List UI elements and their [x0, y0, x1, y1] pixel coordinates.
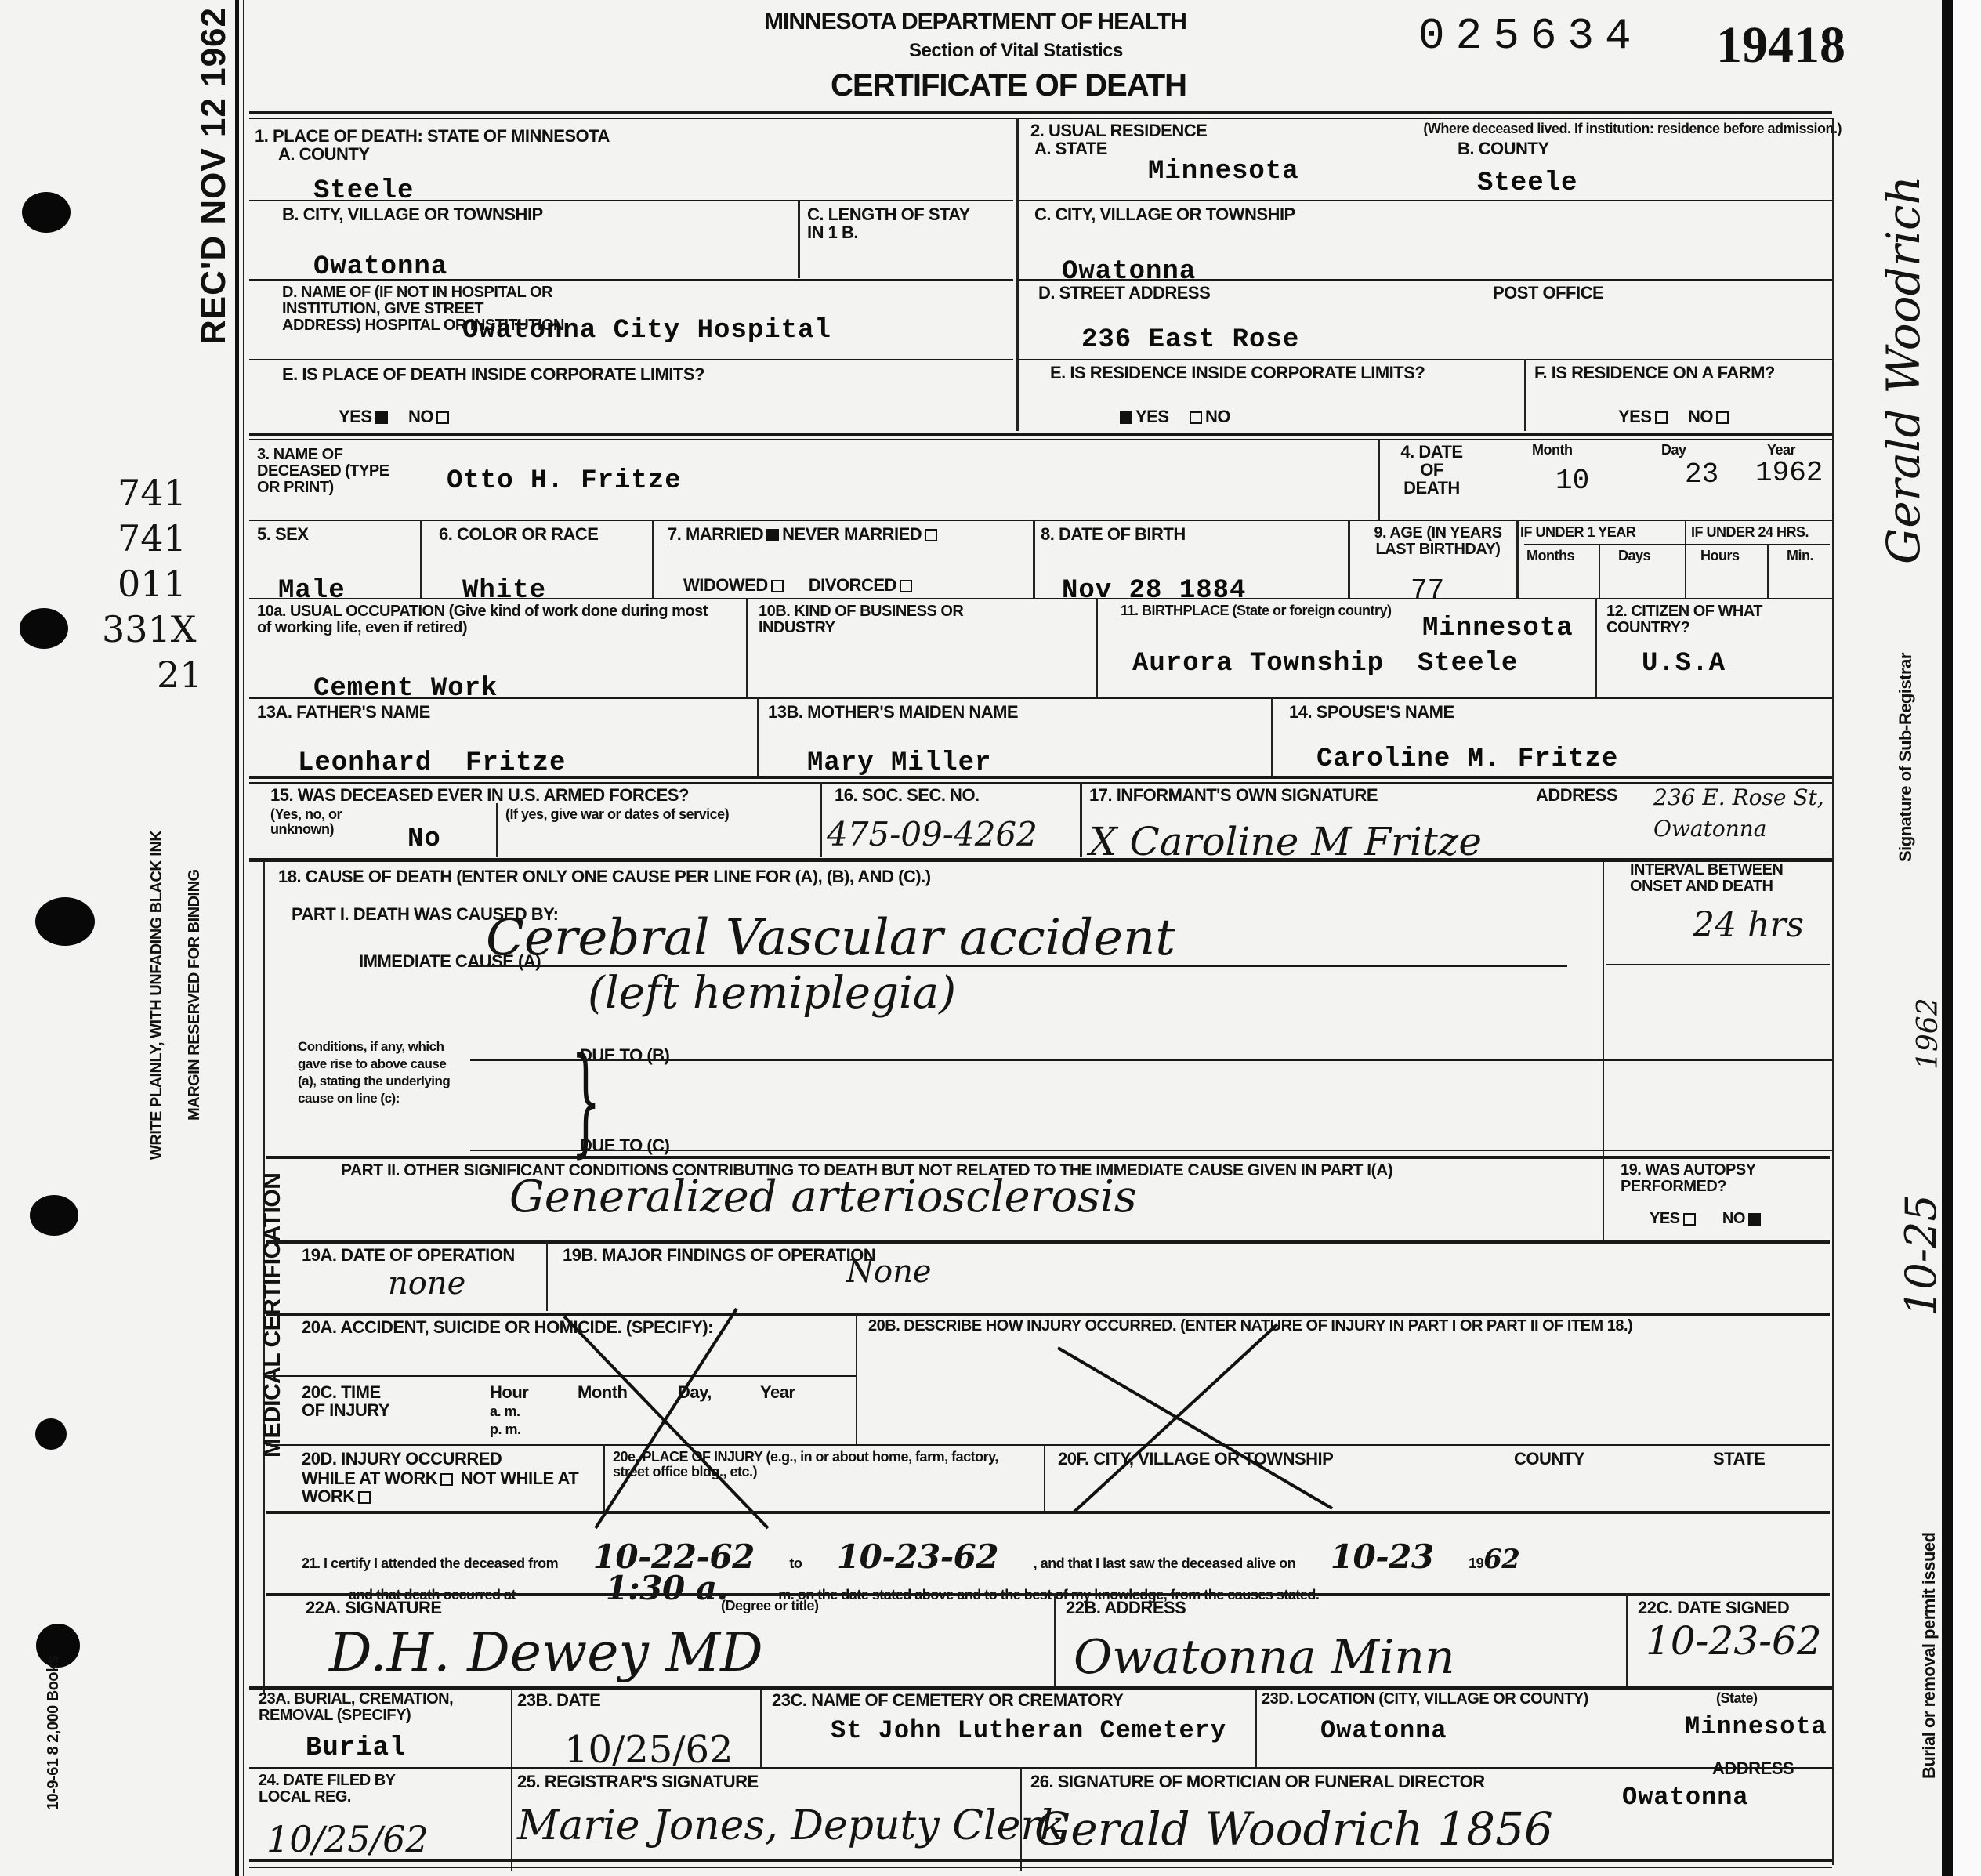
residence-corporate-label: e. IS RESIDENCE INSIDE CORPORATE LIMITS?: [1050, 364, 1425, 382]
last-seen-prefix: , and that I last saw the deceased alive…: [1034, 1555, 1296, 1571]
punch-hole: [30, 1195, 78, 1236]
disposition-label: 23a. BURIAL, CREMATION, REMOVAL (Specify…: [259, 1691, 509, 1724]
year-prefix: 19: [1469, 1555, 1483, 1571]
informant-address: 236 E. Rose St, Owatonna: [1653, 782, 1889, 845]
operation-date-label: 19a. DATE OF OPERATION: [302, 1246, 537, 1264]
conditions-note: Conditions, if any, which gave rise to a…: [298, 1038, 466, 1107]
blank-line: [1606, 964, 1830, 965]
filed-label: 24. DATE FILED BY LOCAL REG.: [259, 1773, 447, 1805]
birth-date-value: Nov 28 1884: [1062, 576, 1246, 606]
residence-state-value: Minnesota: [1148, 157, 1299, 187]
permit-date: 10-25: [1896, 1194, 1946, 1316]
row-rule: [249, 439, 1832, 440]
mortician-value: Gerald Woodrich 1856: [1034, 1802, 1553, 1856]
column-divider: [511, 1690, 512, 1871]
residence-note: (Where deceased lived. If institution: r…: [1364, 121, 1842, 136]
mortician-address-value: Owatonna: [1622, 1783, 1749, 1812]
hour-label: Hour: [490, 1383, 528, 1401]
residence-yes-checkbox[interactable]: [1120, 411, 1132, 424]
column-divider: [1080, 782, 1082, 857]
divorced-label: DIVORCED: [809, 575, 896, 595]
months-label: Months: [1526, 549, 1574, 563]
yes-label: YES: [1618, 407, 1652, 426]
autopsy-options: YES NO: [1650, 1211, 1764, 1227]
left-border: [235, 0, 239, 1876]
ink-instruction: WRITE PLAINLY, WITH UNFADING BLACK INK: [149, 831, 165, 1160]
section-name: Section of Vital Statistics: [909, 41, 1123, 60]
residence-state-label: a. STATE: [1034, 139, 1107, 158]
never-married-checkbox[interactable]: [925, 529, 937, 541]
at-work-label: WHILE AT WORK: [302, 1469, 437, 1488]
registrar-value: Marie Jones, Deputy Clerk: [517, 1802, 1065, 1849]
column-divider: [496, 803, 498, 857]
margin-code: 011: [118, 561, 203, 607]
row-rule: [249, 776, 1832, 779]
occupation-value: Cement Work: [313, 674, 498, 704]
business-label: 10b. KIND OF BUSINESS OR INDUSTRY: [759, 603, 1041, 636]
death-day: 23: [1685, 458, 1718, 491]
residence-county-value: Steele: [1477, 168, 1577, 198]
no-label: NO: [1205, 407, 1230, 426]
header-rule: [249, 111, 1832, 114]
margin-code: 741: [118, 470, 203, 516]
min-label: Min.: [1787, 549, 1813, 563]
race-label: 6. COLOR OR RACE: [439, 525, 598, 543]
birth-date-label: 8. DATE OF BIRTH: [1041, 525, 1186, 543]
burial-date-label: 23b. DATE: [517, 1691, 600, 1709]
attended-to: 10-23-62: [837, 1537, 998, 1576]
row-rule: [249, 782, 1832, 784]
degree-label: (Degree or title): [721, 1599, 819, 1613]
citizen-label: 12. CITIZEN OF WHAT COUNTRY?: [1606, 603, 1826, 636]
never-married-label: NEVER MARRIED: [782, 524, 922, 544]
occupation-label: 10a. USUAL OCCUPATION (Give kind of work…: [257, 603, 712, 636]
death-month: 10: [1555, 465, 1589, 497]
column-divider: [1020, 1767, 1022, 1871]
column-divider: [820, 782, 822, 857]
not-at-work-checkbox[interactable]: [358, 1491, 371, 1504]
bottom-rule: [249, 1859, 1832, 1862]
age-value: 77: [1411, 574, 1444, 607]
place-of-death-label: 1. PLACE OF DEATH: STATE OF MINNESOTA: [255, 127, 610, 145]
farm-no-checkbox[interactable]: [1716, 411, 1729, 424]
deceased-name-label: 3. NAME OF DECEASED (Type or Print): [257, 447, 414, 496]
street-address-value: 236 East Rose: [1081, 325, 1299, 355]
column-divider: [1685, 520, 1686, 598]
serial-number: 025634: [1418, 11, 1642, 61]
row-rule: [249, 1767, 1832, 1769]
punch-hole: [22, 192, 71, 233]
informant-label: 17. INFORMANT'S OWN SIGNATURE: [1089, 786, 1378, 804]
mother-label: 13b. MOTHER'S MAIDEN NAME: [768, 703, 1018, 721]
column-divider: [1255, 1690, 1257, 1769]
married-checkbox[interactable]: [766, 529, 779, 541]
column-divider: [652, 520, 654, 598]
residence-county-label: b. COUNTY: [1458, 139, 1549, 158]
punch-hole: [35, 1418, 67, 1450]
disposition-value: Burial: [306, 1733, 406, 1763]
injury-state-label: STATE: [1713, 1450, 1765, 1468]
farm-options: YES NO: [1618, 407, 1732, 426]
hospital-value: Owatonna City Hospital: [462, 316, 831, 346]
armed-forces-sub: (Yes, no, or unknown): [270, 807, 388, 837]
due-to-c-label: DUE TO (c): [580, 1136, 669, 1154]
margin-codes: 741 741 011 331X 21: [118, 470, 203, 697]
punch-hole: [35, 897, 95, 946]
column-divider: [1603, 862, 1604, 1156]
residence-no-checkbox[interactable]: [1190, 411, 1202, 424]
row-rule: [1019, 279, 1834, 281]
bottom-rule: [249, 1867, 1832, 1868]
location-label: 23d. LOCATION (City, village or county): [1262, 1691, 1588, 1708]
county-value: Steele: [313, 176, 414, 206]
burial-state-value: Minnesota: [1685, 1712, 1827, 1741]
column-divider: [1524, 359, 1526, 431]
pm-label: p. m.: [490, 1422, 521, 1437]
usual-residence-label: 2. USUAL RESIDENCE: [1030, 121, 1207, 139]
column-divider: [1016, 118, 1019, 431]
cemetery-value: St John Lutheran Cemetery: [831, 1716, 1226, 1745]
physician-signature: D.H. Dewey MD: [329, 1622, 763, 1684]
column-divider: [1096, 598, 1098, 697]
armed-service-sub: (If yes, give war or dates of service): [505, 807, 729, 822]
length-of-stay-label: c. LENGTH OF STAY in 1 b.: [807, 205, 980, 241]
residence-farm-label: f. IS RESIDENCE ON A FARM?: [1534, 364, 1775, 382]
date-of-death-label: 4. DATE OF DEATH: [1396, 443, 1467, 497]
autopsy-no-label: NO: [1722, 1210, 1745, 1227]
ssn-label: 16. SOC. SEC. NO.: [835, 786, 980, 804]
right-margin-rule: [1832, 118, 1834, 1865]
date-signed-value: 10-23-62: [1646, 1618, 1822, 1664]
row-rule: [249, 697, 1832, 699]
residence-corporate-options: YES NO: [1117, 407, 1230, 426]
department-name: MINNESOTA DEPARTMENT OF HEALTH: [764, 9, 1186, 34]
certifier-address: Owatonna Minn: [1074, 1630, 1455, 1685]
residence-city-label: c. CITY, VILLAGE OR TOWNSHIP: [1034, 205, 1295, 223]
spouse-label: 14. SPOUSE'S NAME: [1289, 703, 1454, 721]
days-label: Days: [1618, 549, 1650, 563]
injury-occurred-label: 20d. INJURY OCCURRED: [302, 1450, 502, 1468]
month-label: Month: [1532, 443, 1572, 458]
attended-prefix: 21. I certify I attended the deceased fr…: [302, 1555, 558, 1571]
received-stamp: REC'D NOV 12 1962: [196, 7, 232, 345]
no-label: NO: [1688, 407, 1713, 426]
blank-line: [470, 1150, 1834, 1151]
left-border-inner: [243, 0, 244, 1876]
row-rule: [249, 359, 1013, 360]
column-divider: [1603, 1156, 1604, 1242]
column-divider: [1626, 1593, 1628, 1687]
column-divider: [420, 520, 422, 598]
margin-code: 331X: [102, 607, 203, 652]
corporate-limits-options: YES NO: [339, 407, 452, 426]
row-rule: [249, 433, 1832, 436]
mortician-label: 26. SIGNATURE OF MORTICIAN OR FUNERAL DI…: [1030, 1773, 1485, 1791]
burial-date-value: 10/25/62: [564, 1728, 733, 1772]
filed-value: 10/25/62: [266, 1818, 429, 1860]
divorced-checkbox[interactable]: [900, 580, 912, 592]
cause-of-death-label: 18. CAUSE OF DEATH (Enter only one cause…: [278, 867, 931, 885]
injury-county-label: COUNTY: [1514, 1450, 1584, 1468]
registrar-label: 25. REGISTRAR'S SIGNATURE: [517, 1773, 759, 1791]
injury-time-label: 20c. TIME OF INJURY: [302, 1383, 404, 1419]
certificate-title: CERTIFICATE OF DEATH: [831, 69, 1186, 102]
column-divider: [1767, 544, 1769, 599]
column-divider: [1348, 520, 1350, 598]
father-value: Leonhard Fritze: [298, 748, 566, 778]
interval-value: 24 hrs: [1693, 905, 1804, 945]
post-office-label: POST OFFICE: [1493, 284, 1603, 302]
race-value: White: [462, 576, 546, 606]
birthplace-state: Minnesota: [1422, 614, 1574, 643]
right-page-edge: [1942, 0, 1953, 1876]
yes-checkbox[interactable]: [375, 411, 388, 424]
row-rule: [1019, 359, 1834, 360]
ssn-value: 475-09-4262: [827, 815, 1038, 853]
am-label: a. m.: [490, 1404, 520, 1419]
yes-label: YES: [339, 407, 372, 426]
row-rule: [1019, 200, 1834, 201]
row-rule: [266, 1240, 1830, 1244]
county-label: a. COUNTY: [278, 145, 370, 163]
at-work-checkbox[interactable]: [440, 1473, 453, 1486]
birthplace-label: 11. BIRTHPLACE (State or foreign country…: [1121, 603, 1392, 618]
print-info: 10-9-61 8 2,000 Books: [45, 1656, 62, 1810]
autopsy-no-checkbox[interactable]: [1748, 1213, 1761, 1226]
signature-label: 22a. SIGNATURE: [306, 1599, 442, 1617]
father-label: 13a. FATHER'S NAME: [257, 703, 430, 721]
column-divider: [1033, 520, 1035, 598]
row-rule: [266, 1156, 1830, 1159]
date-signed-label: 22c. DATE SIGNED: [1638, 1599, 1789, 1617]
birthplace-value: Aurora Township Steele: [1132, 649, 1518, 679]
marital-options-2: WIDOWED DIVORCED: [683, 576, 915, 594]
column-divider: [1271, 697, 1273, 776]
yes-label: YES: [1135, 407, 1169, 426]
row-rule: [249, 858, 1832, 862]
margin-code: 21: [157, 652, 203, 697]
permit-year: 1962: [1912, 998, 1944, 1070]
cross-out-mark: [549, 1301, 784, 1536]
autopsy-yes-label: YES: [1650, 1210, 1680, 1227]
street-address-label: d. STREET ADDRESS: [1038, 284, 1210, 302]
certify-line: 21. I certify I attended the deceased fr…: [302, 1540, 1519, 1574]
header-rule: [249, 118, 1832, 119]
column-divider: [757, 697, 759, 776]
last-seen: 10-23: [1331, 1537, 1434, 1576]
autopsy-label: 19. WAS AUTOPSY PERFORMED?: [1621, 1162, 1824, 1195]
column-divider: [1054, 1593, 1056, 1687]
sub-rule: [1524, 544, 1830, 545]
deceased-name: Otto H. Fritze: [447, 466, 682, 496]
part2-value: Generalized arteriosclerosis: [509, 1172, 1137, 1222]
column-divider: [1595, 598, 1597, 697]
column-divider: [1599, 544, 1600, 599]
armed-forces-value: No: [407, 824, 441, 854]
column-divider: [746, 598, 748, 697]
mortician-address-label: ADDRESS: [1712, 1759, 1794, 1777]
autopsy-yes-checkbox[interactable]: [1683, 1213, 1696, 1226]
sex-label: 5. SEX: [257, 525, 308, 543]
immediate-cause-value: Cerebral Vascular accident: [486, 909, 1175, 967]
married-label: 7. MARRIED: [668, 524, 763, 544]
farm-yes-checkbox[interactable]: [1655, 411, 1668, 424]
informant-address-label: ADDRESS: [1536, 786, 1617, 804]
under-day-label: IF UNDER 24 HRS.: [1691, 525, 1809, 540]
spouse-value: Caroline M. Fritze: [1316, 744, 1618, 774]
cemetery-label: 23c. NAME OF CEMETERY OR CREMATORY: [772, 1691, 1123, 1709]
operation-findings-value: None: [846, 1254, 932, 1290]
blank-line: [470, 1059, 1834, 1061]
column-divider: [546, 1240, 548, 1311]
binding-note: MARGIN RESERVED FOR BINDING: [187, 869, 203, 1121]
widowed-checkbox[interactable]: [771, 580, 784, 592]
marital-options: 7. MARRIEDNEVER MARRIED: [668, 525, 940, 543]
to-label: to: [789, 1555, 802, 1571]
punch-hole: [20, 608, 68, 649]
certifier-address-label: 22b. ADDRESS: [1066, 1599, 1186, 1617]
column-divider: [798, 200, 800, 278]
location-value: Owatonna: [1320, 1716, 1447, 1745]
margin-code: 741: [118, 516, 203, 561]
file-number: 19418: [1716, 16, 1845, 75]
row-rule: [249, 200, 1013, 201]
no-checkbox[interactable]: [436, 411, 449, 424]
day-label: Day: [1661, 443, 1686, 458]
row-rule: [266, 1593, 1830, 1596]
widowed-label: WIDOWED: [683, 575, 768, 595]
sex-value: Male: [278, 576, 346, 606]
operation-findings-label: 19b. MAJOR FINDINGS OF OPERATION: [563, 1246, 875, 1264]
subregistrar-label: Signature of Sub-Registrar: [1896, 653, 1914, 862]
permit-label: Burial or removal permit issued: [1920, 1532, 1938, 1779]
interval-label: INTERVAL BETWEEN ONSET AND DEATH: [1630, 862, 1834, 895]
row-rule: [249, 520, 1832, 521]
column-divider: [760, 1690, 762, 1769]
corporate-limits-label: e. IS PLACE OF DEATH INSIDE CORPORATE LI…: [282, 365, 704, 383]
operation-date-value: none: [388, 1266, 465, 1302]
subregistrar-signature: Gerald Woodrich: [1877, 176, 1930, 564]
column-divider: [856, 1313, 857, 1446]
row-rule: [266, 1313, 1830, 1316]
due-to-b-label: DUE TO (b): [580, 1046, 669, 1064]
cross-out-mark: [1034, 1316, 1348, 1520]
column-divider: [1378, 439, 1380, 520]
year-suffix: 62: [1483, 1544, 1519, 1575]
right-page-background: [1953, 0, 1981, 1876]
death-time: 1:30 a.: [606, 1569, 728, 1607]
burial-state-label: (State): [1716, 1691, 1758, 1706]
no-label: NO: [408, 407, 433, 426]
row-rule: [249, 279, 1013, 281]
city-value: Owatonna: [313, 252, 447, 282]
immediate-cause-note: (left hemiplegia): [588, 968, 956, 1019]
mother-value: Mary Miller: [807, 748, 991, 778]
citizen-value: U.S.A: [1642, 649, 1726, 679]
city-label: b. CITY, VILLAGE OR TOWNSHIP: [282, 205, 543, 223]
row-rule: [266, 1511, 1830, 1514]
death-year: 1962: [1755, 457, 1823, 489]
under-year-label: IF UNDER 1 YEAR: [1520, 525, 1635, 540]
year-label: Year: [1767, 443, 1795, 458]
hours-label: Hours: [1700, 549, 1740, 563]
column-divider: [1516, 520, 1519, 598]
armed-forces-label: 15. WAS DECEASED EVER IN U.S. ARMED FORC…: [270, 786, 689, 804]
age-label: 9. AGE (In years last birthday): [1356, 525, 1520, 558]
